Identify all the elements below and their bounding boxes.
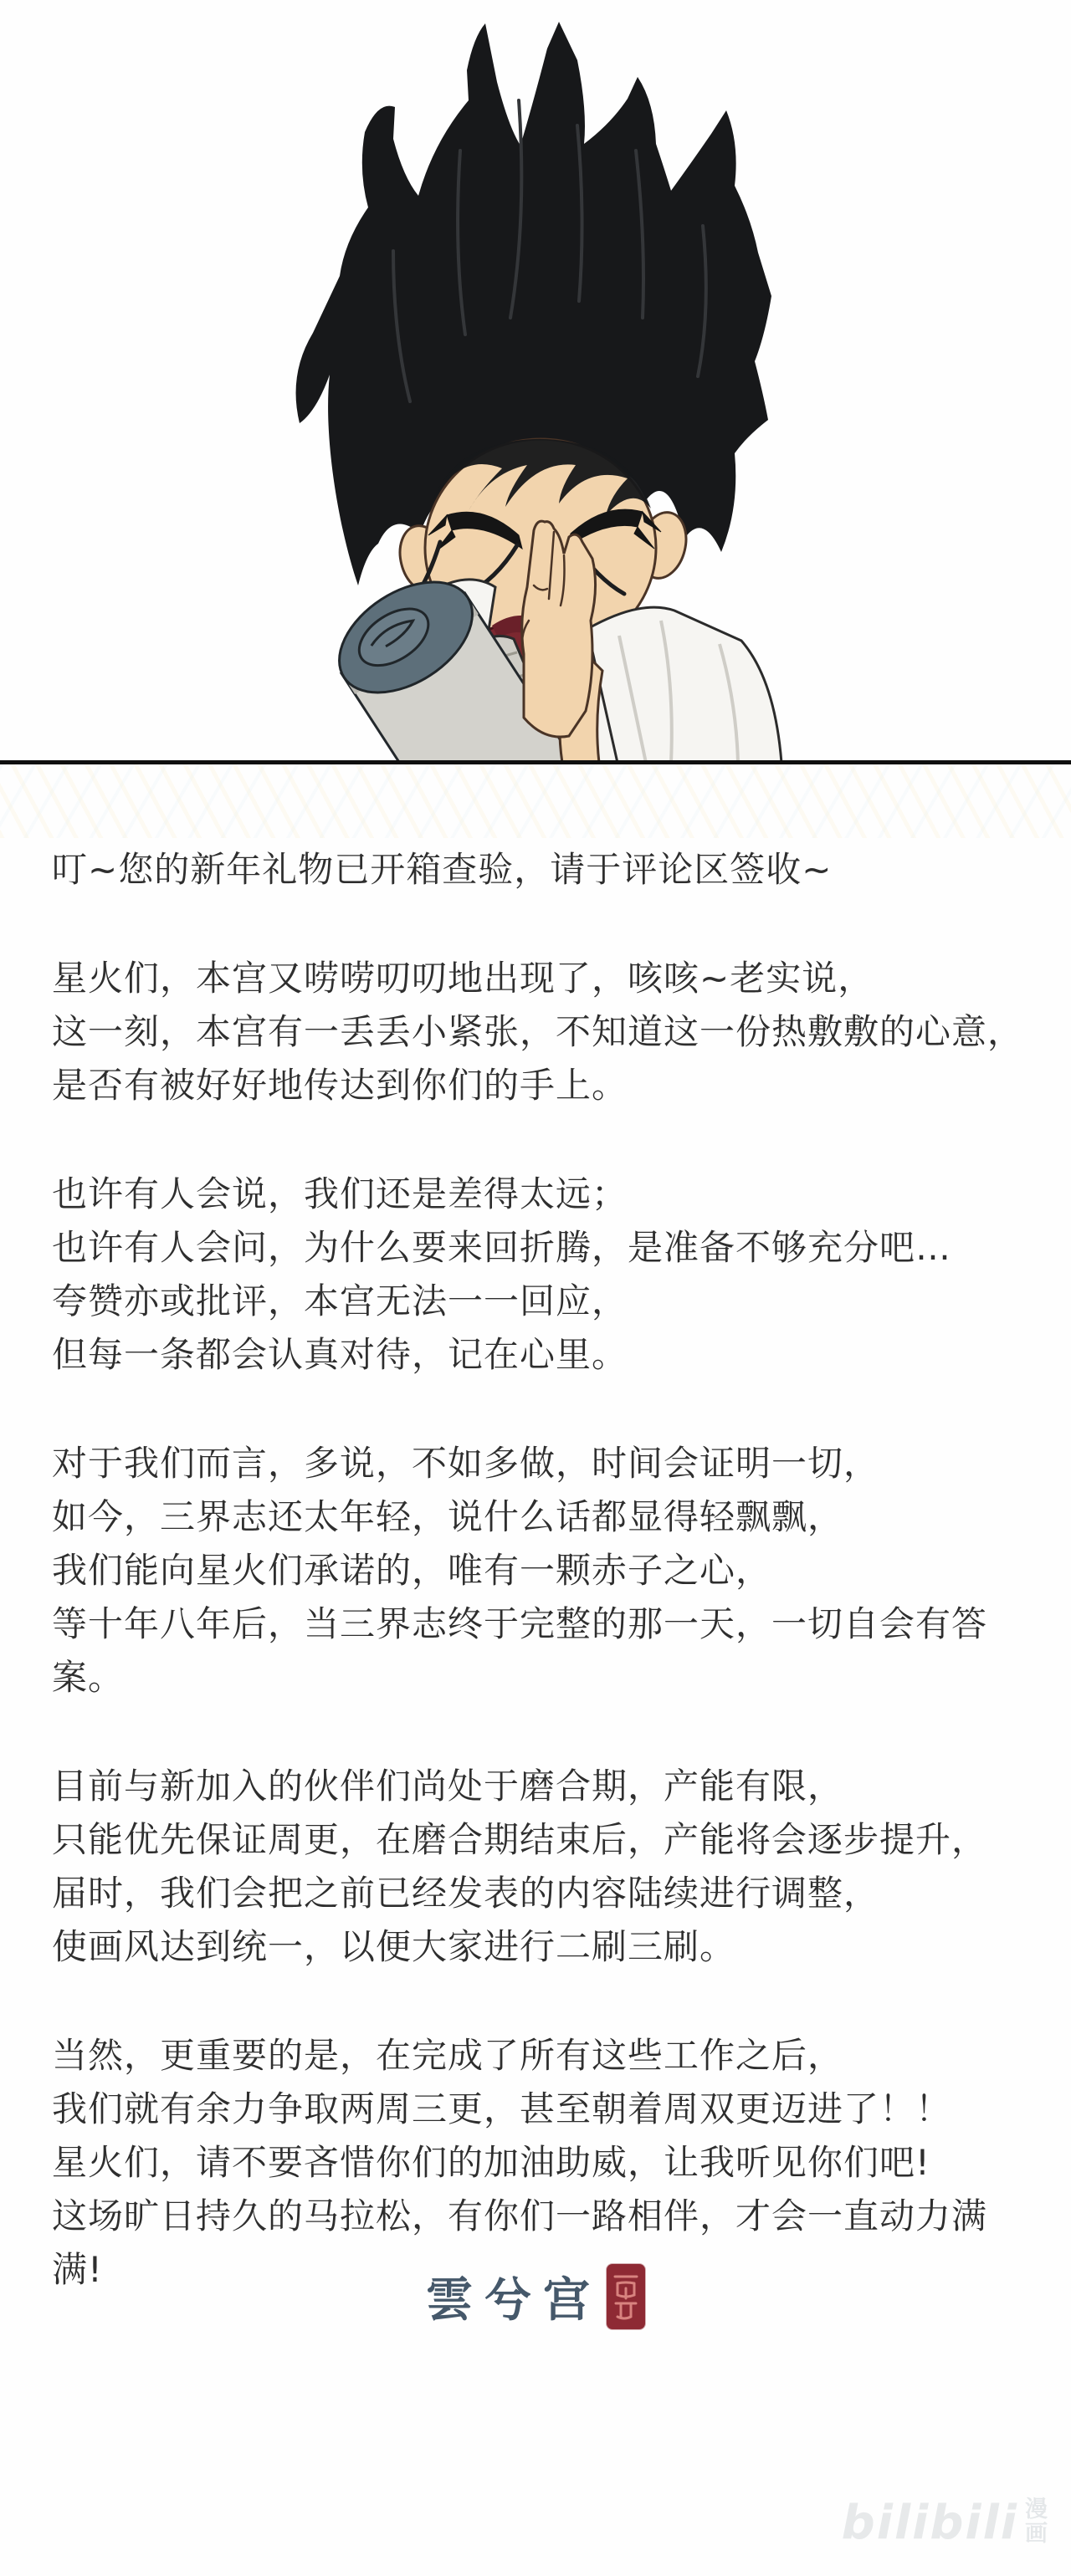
letter-paragraph: 叮~您的新年礼物已开箱查验，请于评论区签收~	[52, 843, 1036, 897]
watermark-char-2: 画	[1025, 2522, 1048, 2546]
chibi-character-drawing	[268, 0, 787, 763]
letter-paragraph: 星火们，本宫又唠唠叨叨地出现了，咳咳~老实说，这一刻，本宫有一丢丢小紧张，不知道…	[52, 952, 1036, 1112]
letter-paragraph: 目前与新加入的伙伴们尚处于磨合期，产能有限，只能优先保证周更，在磨合期结束后，产…	[52, 1760, 1036, 1974]
signature: 雲兮宫	[0, 2258, 1071, 2335]
letter-paragraph: 当然，更重要的是，在完成了所有这些工作之后，我们就有余力争取两周三更，甚至朝着周…	[52, 2029, 1036, 2297]
signature-name: 雲兮宫	[426, 2263, 602, 2330]
faint-watermark-band	[0, 764, 1071, 838]
character-illustration	[268, 0, 787, 763]
bilibili-logo-text: bilibili	[842, 2496, 1018, 2551]
signature-seal-stamp	[607, 2264, 645, 2329]
letter-paragraph: 也许有人会说，我们还是差得太远；也许有人会问，为什么要来回折腾，是准备不够充分吧…	[52, 1168, 1036, 1382]
seal-glyph-icon	[611, 2270, 641, 2323]
hand	[522, 521, 596, 737]
robe-right	[587, 607, 781, 763]
watermark-char-1: 漫	[1025, 2497, 1048, 2522]
bilibili-manga-label: 漫 画	[1025, 2497, 1048, 2546]
bilibili-watermark: bilibili 漫 画	[842, 2496, 1048, 2551]
letter-paragraph: 对于我们而言，多说，不如多做，时间会证明一切，如今，三界志还太年轻，说什么话都显…	[52, 1437, 1036, 1705]
letter-body: 叮~您的新年礼物已开箱查验，请于评论区签收~星火们，本宫又唠唠叨叨地出现了，咳咳…	[52, 843, 1036, 2352]
